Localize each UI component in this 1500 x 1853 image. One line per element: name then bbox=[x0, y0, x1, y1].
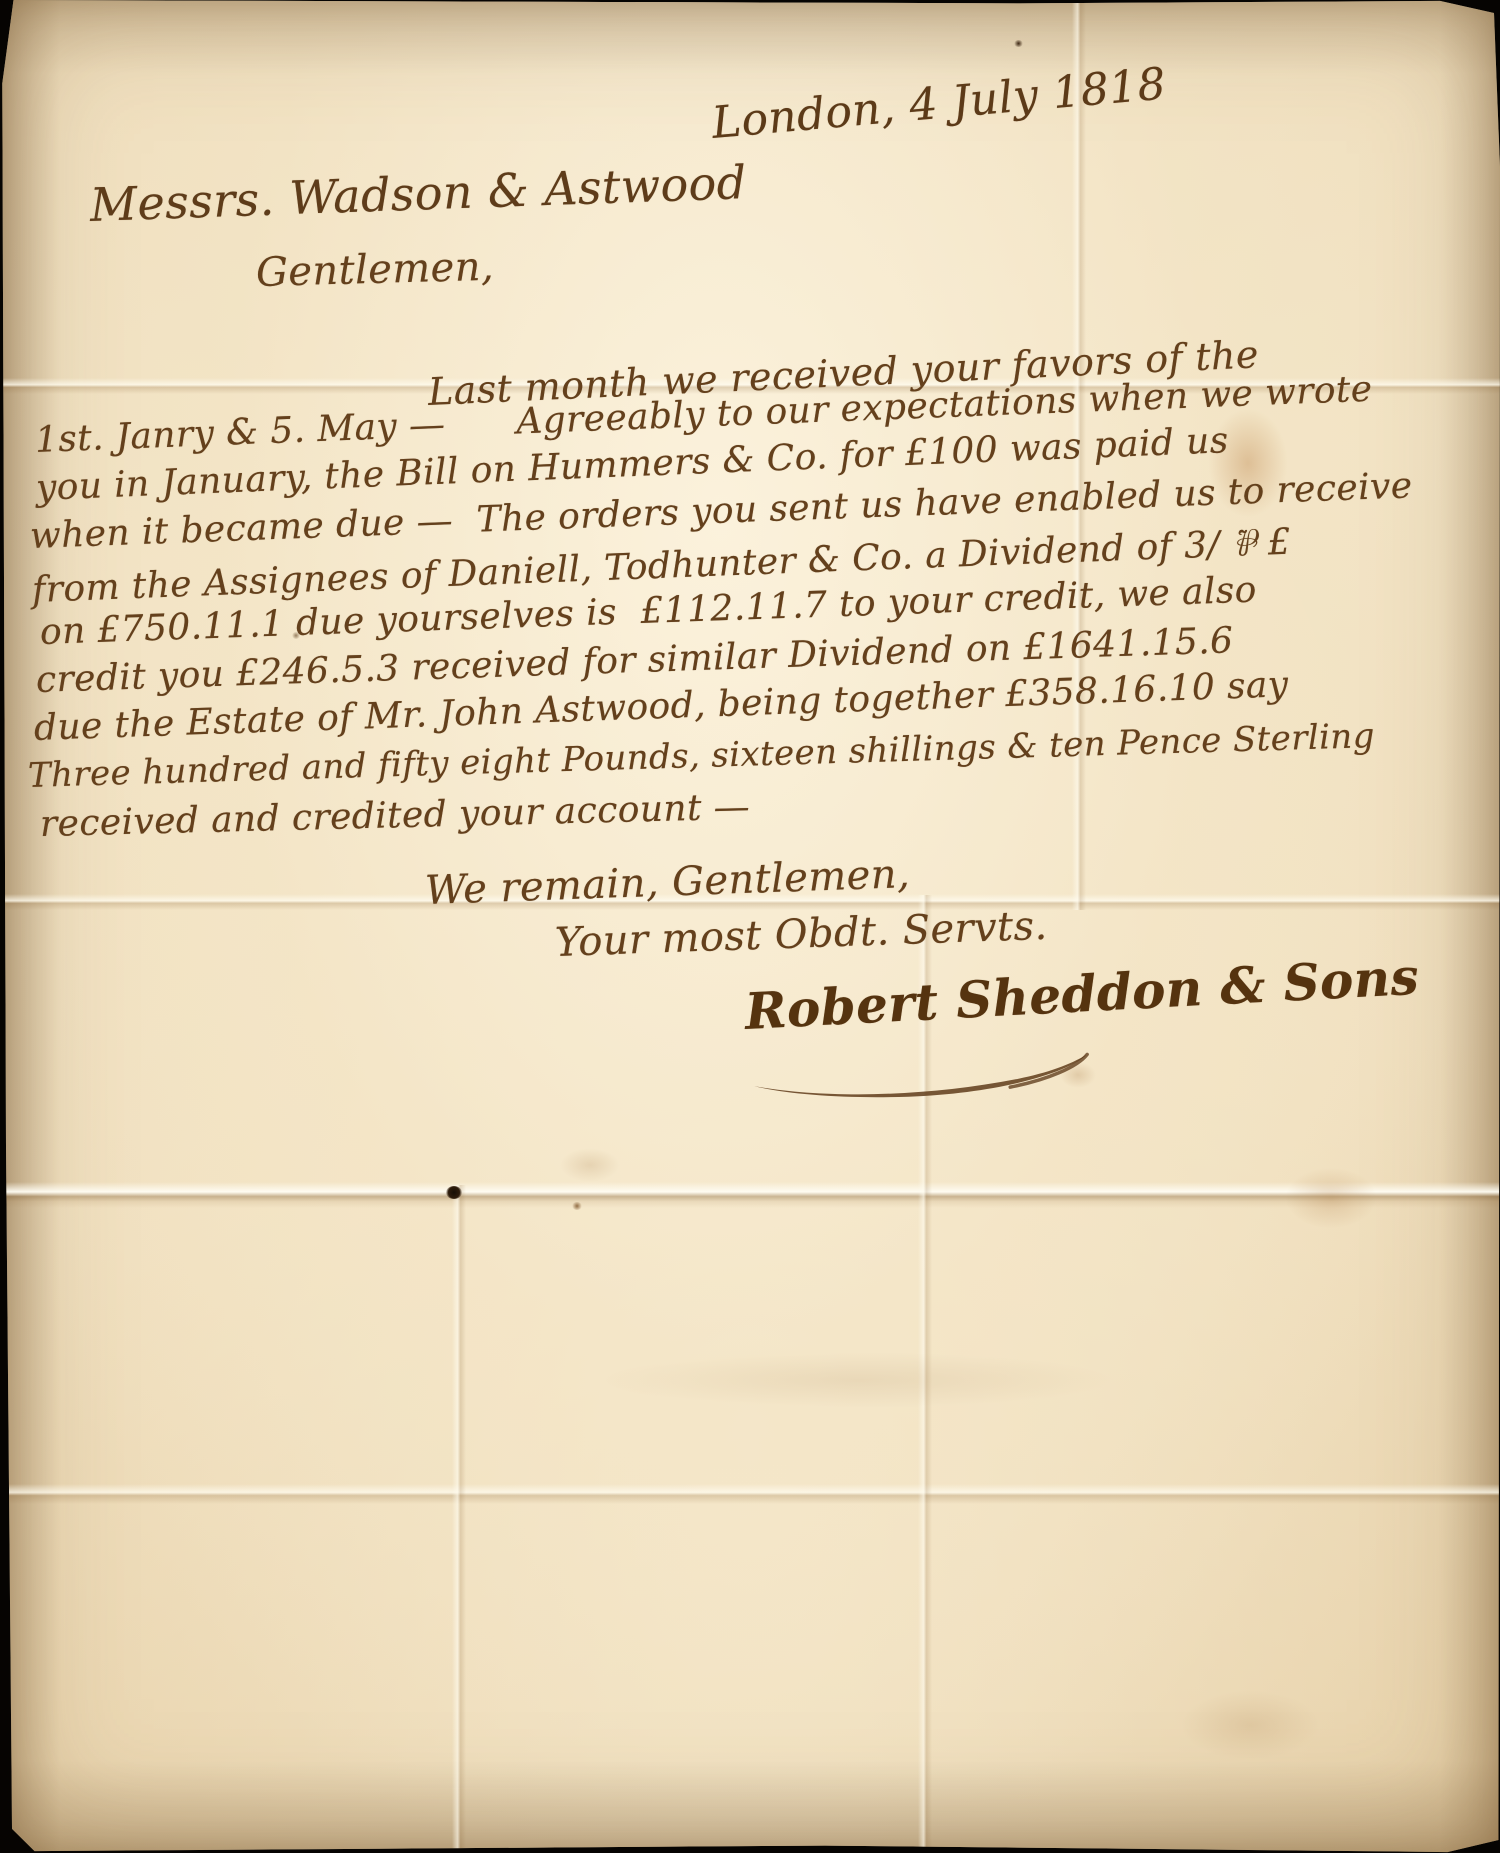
ink-spot bbox=[446, 1186, 462, 1199]
vertical-fold-crease bbox=[452, 1185, 466, 1853]
scanned-letter-page: { "document": { "kind": "Handwritten let… bbox=[0, 0, 1500, 1853]
salutation-line: Gentlemen, bbox=[255, 244, 494, 296]
closing-line: Your most Obdt. Servts. bbox=[554, 903, 1048, 966]
closing-line: We remain, Gentlemen, bbox=[424, 851, 911, 914]
ink-spot bbox=[572, 1202, 582, 1210]
ink-spot bbox=[1014, 40, 1023, 47]
paper-stain bbox=[1286, 1168, 1376, 1228]
show-through-stain bbox=[598, 1352, 1118, 1408]
signature-flourish-icon bbox=[747, 1046, 1109, 1115]
body-line: received and credited your account — bbox=[39, 787, 750, 845]
dateline: London, 4 July 1818 bbox=[710, 58, 1168, 149]
horizontal-fold-crease bbox=[0, 1182, 1500, 1208]
signature-line: Robert Sheddon & Sons bbox=[743, 947, 1420, 1041]
recipient-line: Messrs. Wadson & Astwood bbox=[89, 155, 747, 232]
letter-paper: London, 4 July 1818 Messrs. Wadson & Ast… bbox=[0, 0, 1500, 1853]
horizontal-fold-crease bbox=[0, 1484, 1500, 1504]
signature-flourish bbox=[747, 1046, 1109, 1119]
vertical-fold-crease bbox=[918, 895, 932, 1853]
paper-stain bbox=[1180, 1690, 1320, 1760]
paper-stain bbox=[560, 1148, 620, 1182]
